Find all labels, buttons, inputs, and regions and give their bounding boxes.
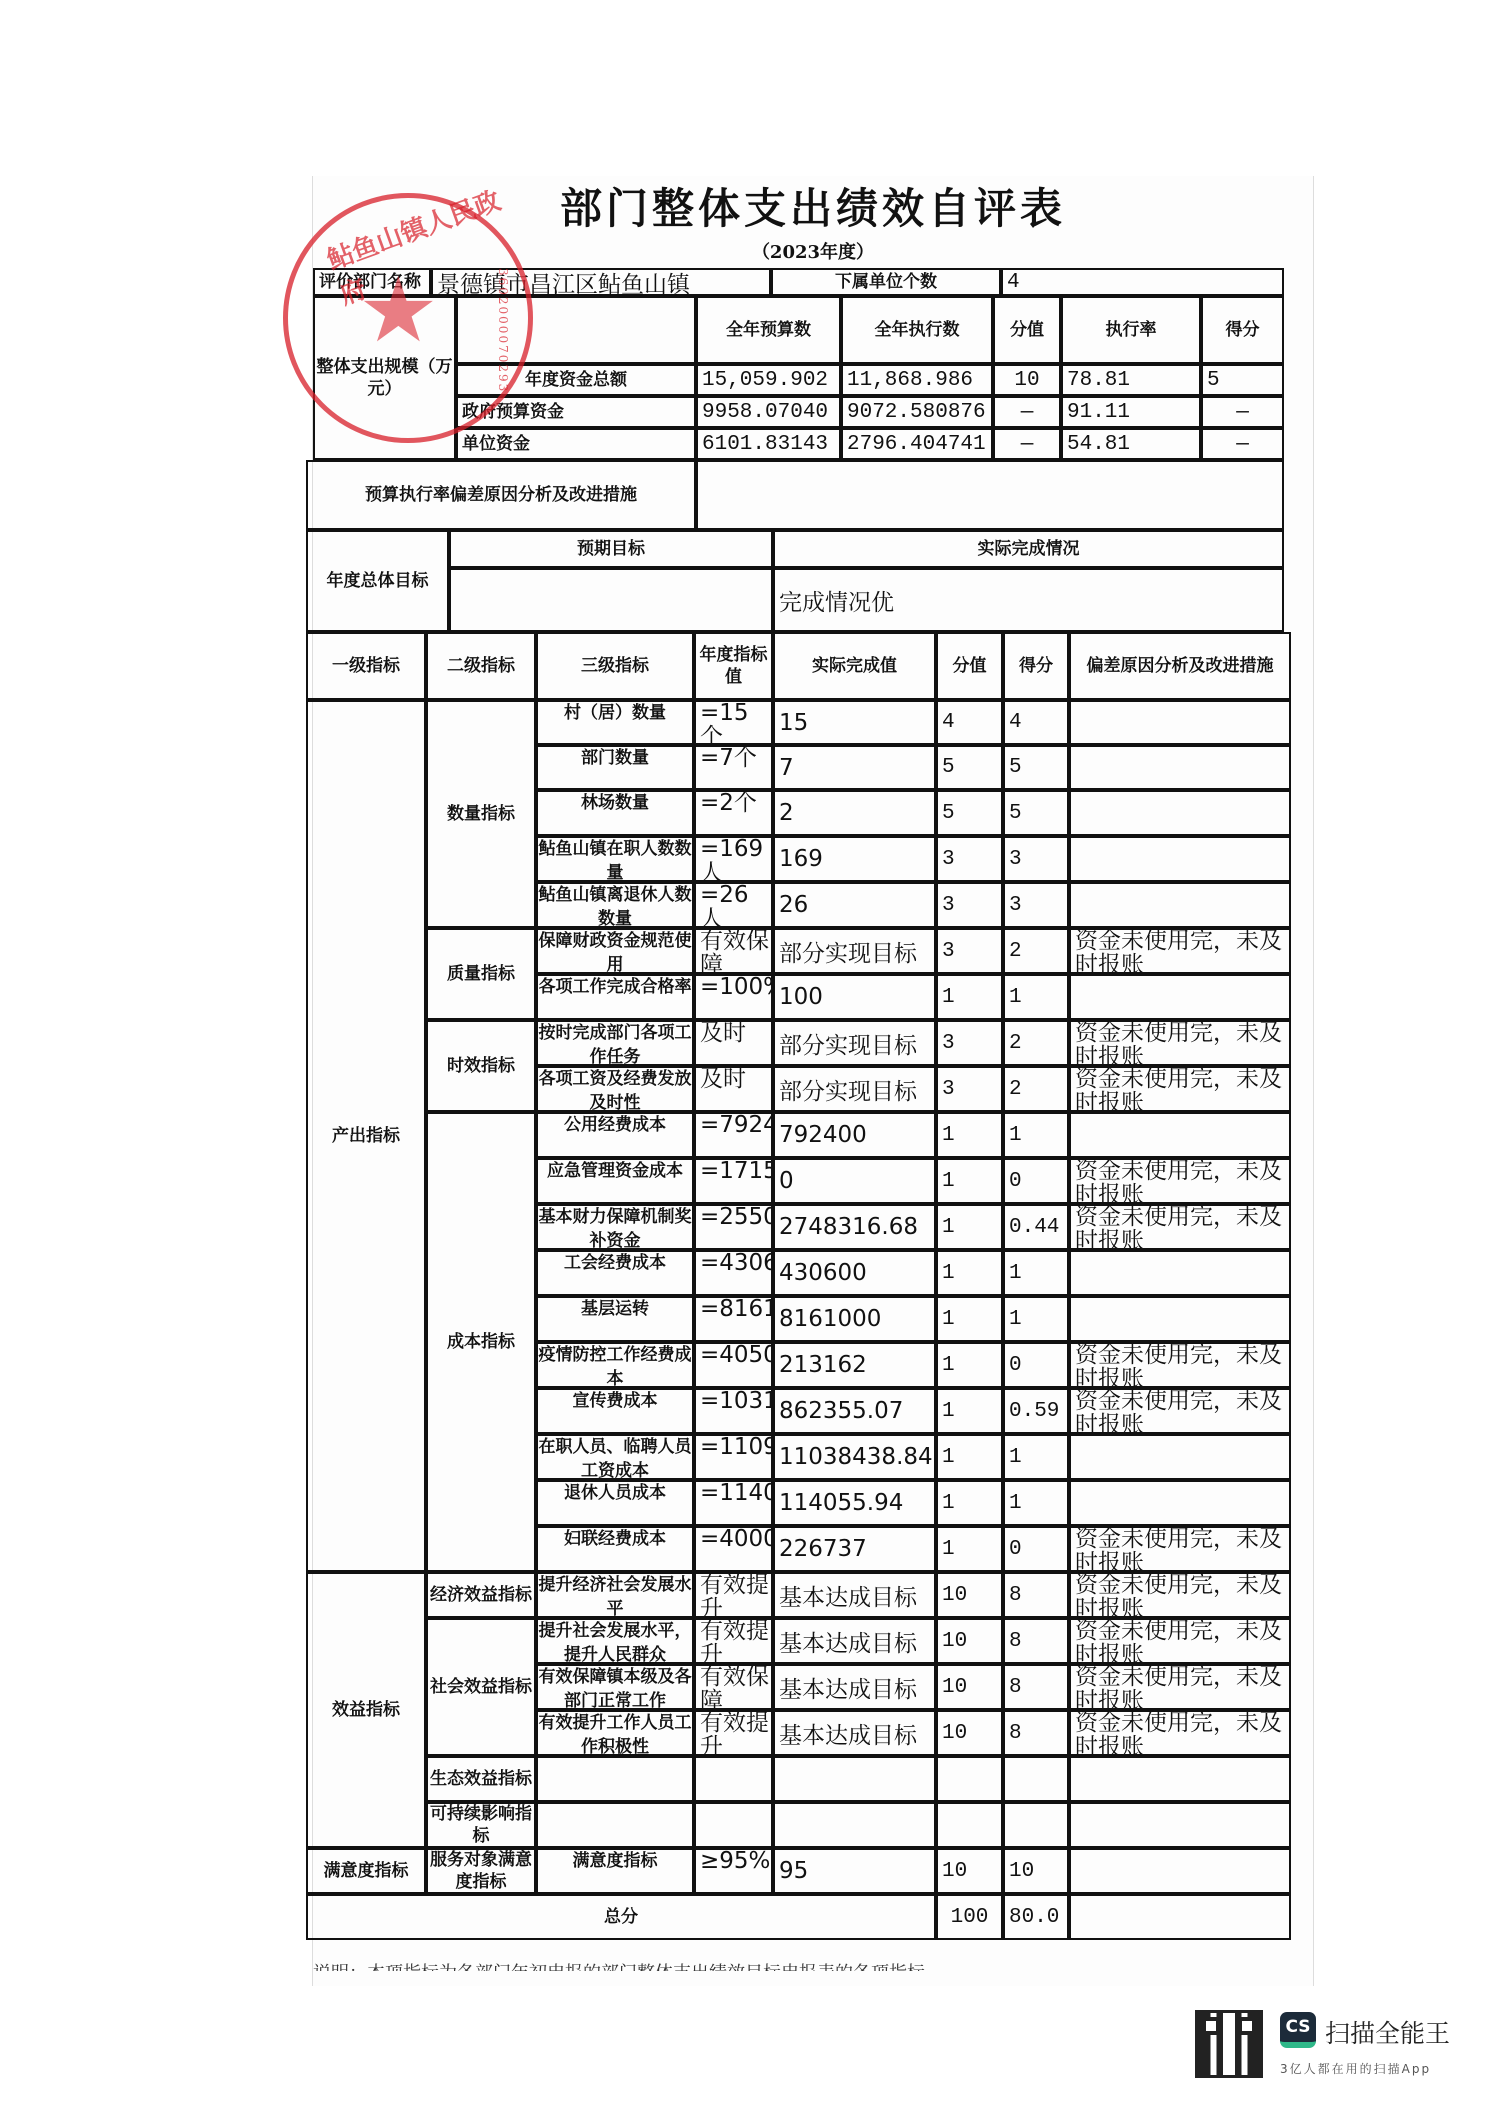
score: 0 — [1003, 1526, 1069, 1572]
weight — [936, 1756, 1003, 1802]
target-value: =17150 — [694, 1158, 773, 1204]
deviation-note — [1069, 1802, 1291, 1848]
dept-name-text: 景德镇市昌江区鲇鱼山镇 — [437, 268, 690, 296]
level3-indicator-text: 应急管理资金成本 — [547, 1159, 683, 1203]
deviation-note — [1069, 1296, 1291, 1342]
level3-indicator-text: 村（居）数量 — [564, 701, 666, 745]
actual-value: 部分实现目标 — [773, 1066, 936, 1112]
actual-value: 0 — [773, 1158, 936, 1204]
level2-indicator: 数量指标 — [426, 700, 536, 928]
level3-indicator-text: 公用经费成本 — [564, 1113, 666, 1157]
spending-col-header-text: 全年执行数 — [875, 319, 960, 341]
actual-value-text: 226737 — [779, 1536, 867, 1562]
level3-indicator: 部门数量 — [536, 745, 694, 790]
level3-indicator-text: 各项工资及经费发放及时性 — [538, 1067, 692, 1111]
deviation-note: 资金未使用完，未及时报账 — [1069, 928, 1291, 974]
expected-goal-label: 预期目标 — [449, 530, 773, 568]
actual-value: 792400 — [773, 1112, 936, 1158]
target-value-text: =2个 — [700, 791, 757, 835]
sub-units-label-text: 下属单位个数 — [835, 271, 937, 293]
level3-indicator-text: 工会经费成本 — [564, 1251, 666, 1295]
level1-indicator-text: 满意度指标 — [324, 1860, 409, 1882]
spending-executed-text: 9072.580876 — [847, 401, 986, 424]
weight: 1 — [936, 1296, 1003, 1342]
spending-rate: 91.11 — [1061, 396, 1201, 428]
actual-value-text: 基本达成目标 — [779, 1671, 917, 1704]
level1-indicator: 效益指标 — [306, 1572, 426, 1848]
actual-value: 部分实现目标 — [773, 928, 936, 974]
weight-text: 10 — [942, 1676, 967, 1699]
level3-indicator: 鲇鱼山镇离退休人数数量 — [536, 882, 694, 928]
actual-value: 430600 — [773, 1250, 936, 1296]
indicator-col-header: 二级指标 — [426, 632, 536, 700]
score — [1003, 1802, 1069, 1848]
actual-value: 基本达成目标 — [773, 1572, 936, 1618]
score-text: 1 — [1009, 1492, 1022, 1515]
weight-text: 1 — [942, 1446, 955, 1469]
weight-text: 1 — [942, 1400, 955, 1423]
target-value-text: =81610 — [700, 1297, 771, 1341]
weight: 10 — [936, 1710, 1003, 1756]
level2-indicator: 可持续影响指标 — [426, 1802, 536, 1848]
score: 0.44 — [1003, 1204, 1069, 1250]
indicator-col-header: 偏差原因分析及改进措施 — [1069, 632, 1291, 700]
spending-score-text: — — [1236, 433, 1249, 456]
score: 3 — [1003, 882, 1069, 928]
target-value-text: =169人 — [700, 837, 771, 881]
weight-text: 1 — [942, 1354, 955, 1377]
year-label: （2023年度） — [313, 238, 1313, 264]
indicator-col-header: 分值 — [936, 632, 1003, 700]
actual-value: 11038438.84 — [773, 1434, 936, 1480]
actual-value-text: 114055.94 — [779, 1490, 903, 1516]
deviation-note-text: 资金未使用完，未及时报账 — [1075, 1021, 1289, 1065]
indicator-col-header: 三级指标 — [536, 632, 694, 700]
total-score-text: 80.0 — [1009, 1906, 1059, 1929]
score-text: 2 — [1009, 1078, 1022, 1101]
deviation-note — [1069, 1848, 1291, 1894]
weight: 5 — [936, 745, 1003, 790]
level3-indicator-text: 基本财力保障机制奖补资金 — [538, 1205, 692, 1249]
level3-indicator-text: 有效提升工作人员工作积极性 — [538, 1711, 692, 1755]
target-value-text: =11405 — [700, 1481, 771, 1525]
target-value-text: 有效保障 — [700, 929, 771, 973]
spending-budget: 6101.83143 — [696, 428, 841, 460]
spending-executed-text: 2796.404741 — [847, 433, 986, 456]
target-value-text: =15个 — [700, 701, 771, 745]
spending-rate: 78.81 — [1061, 364, 1201, 396]
weight-text: 3 — [942, 1078, 955, 1101]
level3-indicator: 村（居）数量 — [536, 700, 694, 745]
deviation-note — [1069, 745, 1291, 790]
level2-indicator-text: 社会效益指标 — [430, 1676, 532, 1698]
weight-text: 5 — [942, 756, 955, 779]
deviation-note — [1069, 974, 1291, 1020]
score: 8 — [1003, 1664, 1069, 1710]
target-value — [694, 1756, 773, 1802]
score-text: 3 — [1009, 894, 1022, 917]
spending-rate-text: 78.81 — [1067, 369, 1130, 392]
actual-value: 7 — [773, 745, 936, 790]
spending-rate-text: 54.81 — [1067, 433, 1130, 456]
indicator-col-header-text: 三级指标 — [581, 655, 649, 677]
deviation-note — [1069, 836, 1291, 882]
spending-weight: — — [993, 396, 1061, 428]
spending-budget-text: 15,059.902 — [702, 369, 828, 392]
deviation-note-text: 资金未使用完，未及时报账 — [1075, 929, 1289, 973]
spending-row-name-text: 年度资金总额 — [525, 369, 627, 391]
score-text: 4 — [1009, 711, 1022, 734]
level3-indicator-text: 基层运转 — [581, 1297, 649, 1341]
level3-indicator-text: 满意度指标 — [573, 1849, 658, 1893]
actual-value: 15 — [773, 700, 936, 745]
level3-indicator-text: 林场数量 — [581, 791, 649, 835]
spending-score: — — [1201, 396, 1284, 428]
score: 0 — [1003, 1158, 1069, 1204]
score-text: 1 — [1009, 1308, 1022, 1331]
target-value: 有效提升 — [694, 1618, 773, 1664]
target-value: =40000 — [694, 1526, 773, 1572]
score: 8 — [1003, 1710, 1069, 1756]
deviation-note: 资金未使用完，未及时报账 — [1069, 1158, 1291, 1204]
deviation-note — [1069, 882, 1291, 928]
spending-weight: 10 — [993, 364, 1061, 396]
level3-indicator-text: 退休人员成本 — [564, 1481, 666, 1525]
score: 2 — [1003, 928, 1069, 974]
weight-text: 1 — [942, 1216, 955, 1239]
score: 3 — [1003, 836, 1069, 882]
level2-indicator: 质量指标 — [426, 928, 536, 1020]
weight-text: 1 — [942, 1538, 955, 1561]
level2-indicator-text: 质量指标 — [447, 963, 515, 985]
spending-col-header-text: 执行率 — [1106, 319, 1157, 341]
actual-value-text: 15 — [779, 710, 808, 736]
level3-indicator-text: 宣传费成本 — [573, 1389, 658, 1433]
weight-text: 1 — [942, 986, 955, 1009]
weight: 1 — [936, 974, 1003, 1020]
actual-value-text: 100 — [779, 984, 823, 1010]
spending-score: 5 — [1201, 364, 1284, 396]
level2-indicator: 成本指标 — [426, 1112, 536, 1572]
level3-indicator — [536, 1756, 694, 1802]
app-tagline: 3亿人都在用的扫描App — [1280, 2060, 1431, 2077]
actual-value-text: 2748316.68 — [779, 1214, 918, 1240]
deviation-note — [1069, 1756, 1291, 1802]
weight: 10 — [936, 1848, 1003, 1894]
weight: 3 — [936, 836, 1003, 882]
target-value-text: ≥95% — [700, 1849, 770, 1893]
target-value: =100% — [694, 974, 773, 1020]
level3-indicator: 按时完成部门各项工作任务 — [536, 1020, 694, 1066]
spending-row-name: 单位资金 — [456, 428, 696, 460]
target-value: =15个 — [694, 700, 773, 745]
weight: 1 — [936, 1480, 1003, 1526]
level3-indicator: 保障财政资金规范使用 — [536, 928, 694, 974]
dept-name: 景德镇市昌江区鲇鱼山镇 — [431, 268, 771, 296]
spending-col-header: 执行率 — [1061, 296, 1201, 364]
spending-label: 整体支出规模（万元） — [313, 296, 456, 460]
spending-row-name-text: 政府预算资金 — [462, 401, 564, 423]
target-value-text: 有效提升 — [700, 1711, 771, 1755]
total-note — [1069, 1894, 1291, 1940]
spending-col-header: 得分 — [1201, 296, 1284, 364]
weight — [936, 1802, 1003, 1848]
level3-indicator-text: 在职人员、临聘人员工资成本 — [538, 1435, 692, 1479]
level2-indicator: 服务对象满意度指标 — [426, 1848, 536, 1894]
qr-code-icon — [1195, 2010, 1263, 2078]
target-value: 及时 — [694, 1020, 773, 1066]
deviation-note-text: 资金未使用完，未及时报账 — [1075, 1619, 1289, 1663]
level3-indicator-text: 提升经济社会发展水平 — [538, 1573, 692, 1617]
actual-value-text: 基本达成目标 — [779, 1579, 917, 1612]
target-value-text: =25500 — [700, 1205, 771, 1249]
score: 4 — [1003, 700, 1069, 745]
weight-text: 3 — [942, 894, 955, 917]
actual-goal-value: 完成情况优 — [773, 568, 1284, 632]
spending-executed-text: 11,868.986 — [847, 369, 973, 392]
target-value: =11405 — [694, 1480, 773, 1526]
deviation-note: 资金未使用完，未及时报账 — [1069, 1204, 1291, 1250]
score: 5 — [1003, 745, 1069, 790]
actual-value: 862355.07 — [773, 1388, 936, 1434]
actual-value-text: 部分实现目标 — [779, 1073, 917, 1106]
score-text: 2 — [1009, 1032, 1022, 1055]
target-value: =10310 — [694, 1388, 773, 1434]
deviation-note — [1069, 700, 1291, 745]
level2-indicator-text: 服务对象满意度指标 — [428, 1849, 534, 1893]
deviation-note: 资金未使用完，未及时报账 — [1069, 1066, 1291, 1112]
target-value: =81610 — [694, 1296, 773, 1342]
level3-indicator-text: 提升社会发展水平，提升人民群众 — [538, 1619, 692, 1663]
level3-indicator: 有效提升工作人员工作积极性 — [536, 1710, 694, 1756]
spending-label-text: 整体支出规模（万元） — [315, 356, 454, 400]
score-text: 1 — [1009, 1124, 1022, 1147]
weight-text: 10 — [942, 1630, 967, 1653]
level2-indicator-text: 经济效益指标 — [430, 1584, 532, 1606]
weight-text: 1 — [942, 1262, 955, 1285]
actual-value: 2748316.68 — [773, 1204, 936, 1250]
deviation-note-text: 资金未使用完，未及时报账 — [1075, 1711, 1289, 1755]
total-score: 80.0 — [1003, 1894, 1069, 1940]
level1-indicator-text: 效益指标 — [332, 1699, 400, 1721]
level3-indicator: 鲇鱼山镇在职人数数量 — [536, 836, 694, 882]
level3-indicator: 林场数量 — [536, 790, 694, 836]
indicator-col-header: 实际完成值 — [773, 632, 936, 700]
actual-value-text: 11038438.84 — [779, 1444, 933, 1470]
actual-value-text: 0 — [779, 1168, 794, 1194]
spending-score-text: 5 — [1207, 369, 1220, 392]
score-text: 8 — [1009, 1630, 1022, 1653]
actual-goal-label-text: 实际完成情况 — [978, 538, 1080, 560]
level3-indicator: 基层运转 — [536, 1296, 694, 1342]
weight: 1 — [936, 1434, 1003, 1480]
level3-indicator: 各项工资及经费发放及时性 — [536, 1066, 694, 1112]
footnote: 说明：本项指标为各部门年初申报的部门整体支出绩效目标申报表的各项指标 — [313, 1959, 925, 1971]
level3-indicator: 提升社会发展水平，提升人民群众 — [536, 1618, 694, 1664]
dept-label-text: 评价部门名称 — [319, 271, 421, 293]
actual-value-text: 26 — [779, 892, 808, 918]
indicator-col-header: 得分 — [1003, 632, 1069, 700]
deviation-note — [1069, 1480, 1291, 1526]
weight: 1 — [936, 1112, 1003, 1158]
target-value-text: =40000 — [700, 1527, 771, 1571]
score-text: 0 — [1009, 1538, 1022, 1561]
actual-value: 基本达成目标 — [773, 1664, 936, 1710]
actual-value: 26 — [773, 882, 936, 928]
camscanner-logo-icon: CS — [1280, 2012, 1316, 2048]
target-value: 有效保障 — [694, 928, 773, 974]
weight: 1 — [936, 1204, 1003, 1250]
sub-units-value: 4 — [1001, 268, 1284, 296]
spending-row-name-text: 单位资金 — [462, 433, 530, 455]
level3-indicator-text: 妇联经费成本 — [564, 1527, 666, 1571]
actual-value-text: 部分实现目标 — [779, 935, 917, 968]
score-text: 0.44 — [1009, 1216, 1059, 1239]
spending-executed: 2796.404741 — [841, 428, 993, 460]
score-text: 1 — [1009, 1262, 1022, 1285]
spending-row-name: 年度资金总额 — [456, 364, 696, 396]
actual-value-text: 792400 — [779, 1122, 867, 1148]
score-text: 2 — [1009, 940, 1022, 963]
weight: 4 — [936, 700, 1003, 745]
actual-goal-label: 实际完成情况 — [773, 530, 1284, 568]
indicator-col-header-text: 年度指标值 — [696, 644, 771, 688]
score-text: 3 — [1009, 848, 1022, 871]
actual-value-text: 基本达成目标 — [779, 1625, 917, 1658]
target-value: 有效保障 — [694, 1664, 773, 1710]
score — [1003, 1756, 1069, 1802]
weight-text: 4 — [942, 711, 955, 734]
total-label-text: 总分 — [604, 1906, 638, 1928]
weight: 3 — [936, 928, 1003, 974]
scanner-watermark: CS 扫描全能王 3亿人都在用的扫描App — [1195, 2010, 1485, 2090]
level2-indicator: 生态效益指标 — [426, 1756, 536, 1802]
target-value-text: 有效提升 — [700, 1573, 771, 1617]
level2-indicator-text: 时效指标 — [447, 1055, 515, 1077]
level3-indicator: 基本财力保障机制奖补资金 — [536, 1204, 694, 1250]
score: 0.59 — [1003, 1388, 1069, 1434]
score: 2 — [1003, 1066, 1069, 1112]
target-value: =79240 — [694, 1112, 773, 1158]
level3-indicator: 各项工作完成合格率 — [536, 974, 694, 1020]
score-text: 8 — [1009, 1584, 1022, 1607]
score-text: 1 — [1009, 986, 1022, 1009]
page-title: 部门整体支出绩效自评表 — [313, 176, 1313, 236]
level1-indicator-text: 产出指标 — [332, 1125, 400, 1147]
weight-text: 1 — [942, 1492, 955, 1515]
deviation-note-text: 资金未使用完，未及时报账 — [1075, 1527, 1289, 1571]
level3-indicator: 应急管理资金成本 — [536, 1158, 694, 1204]
level1-indicator: 满意度指标 — [306, 1848, 426, 1894]
weight-text: 3 — [942, 848, 955, 871]
level3-indicator: 提升经济社会发展水平 — [536, 1572, 694, 1618]
target-value: =43060 — [694, 1250, 773, 1296]
weight-text: 1 — [942, 1124, 955, 1147]
level3-indicator-text: 鲇鱼山镇在职人数数量 — [538, 837, 692, 881]
weight: 3 — [936, 1020, 1003, 1066]
target-value: =2个 — [694, 790, 773, 836]
score-text: 0.59 — [1009, 1400, 1059, 1423]
weight-text: 10 — [942, 1860, 967, 1883]
target-value-text: =10310 — [700, 1389, 771, 1433]
indicator-col-header-text: 二级指标 — [447, 655, 515, 677]
indicator-col-header-text: 偏差原因分析及改进措施 — [1087, 655, 1274, 677]
actual-value-text: 169 — [779, 846, 823, 872]
deviation-note: 资金未使用完，未及时报账 — [1069, 1020, 1291, 1066]
score: 1 — [1003, 1112, 1069, 1158]
deviation-note-text: 资金未使用完，未及时报账 — [1075, 1205, 1289, 1249]
level3-indicator-text: 各项工作完成合格率 — [539, 975, 692, 1019]
weight-text: 10 — [942, 1584, 967, 1607]
total-weight: 100 — [936, 1894, 1003, 1940]
score: 1 — [1003, 1296, 1069, 1342]
actual-value: 100 — [773, 974, 936, 1020]
level2-indicator-text: 成本指标 — [447, 1331, 515, 1353]
indicator-col-header-text: 实际完成值 — [812, 655, 897, 677]
score: 1 — [1003, 1434, 1069, 1480]
annual-goal-label: 年度总体目标 — [306, 530, 449, 632]
score-text: 1 — [1009, 1446, 1022, 1469]
score-text: 0 — [1009, 1354, 1022, 1377]
spending-budget-text: 6101.83143 — [702, 433, 828, 456]
weight: 1 — [936, 1250, 1003, 1296]
level3-indicator: 满意度指标 — [536, 1848, 694, 1894]
level3-indicator — [536, 1802, 694, 1848]
spending-weight-text: — — [1021, 433, 1034, 456]
level1-indicator: 产出指标 — [306, 700, 426, 1572]
actual-value-text: 862355.07 — [779, 1398, 903, 1424]
target-value: 有效提升 — [694, 1572, 773, 1618]
actual-value: 基本达成目标 — [773, 1618, 936, 1664]
total-label: 总分 — [306, 1894, 936, 1940]
sub-units-label: 下属单位个数 — [771, 268, 1001, 296]
actual-value: 226737 — [773, 1526, 936, 1572]
level3-indicator: 退休人员成本 — [536, 1480, 694, 1526]
actual-value-text: 8161000 — [779, 1306, 881, 1332]
level2-indicator-text: 生态效益指标 — [430, 1768, 532, 1790]
level3-indicator-text: 疫情防控工作经费成本 — [538, 1343, 692, 1387]
deviation-label-text: 预算执行率偏差原因分析及改进措施 — [365, 484, 637, 506]
deviation-note: 资金未使用完，未及时报账 — [1069, 1710, 1291, 1756]
level3-indicator-text: 保障财政资金规范使用 — [538, 929, 692, 973]
actual-value-text: 部分实现目标 — [779, 1027, 917, 1060]
deviation-note: 资金未使用完，未及时报账 — [1069, 1618, 1291, 1664]
level3-indicator-text: 部门数量 — [581, 746, 649, 790]
weight: 1 — [936, 1388, 1003, 1434]
level2-indicator: 时效指标 — [426, 1020, 536, 1112]
expected-goal-value — [449, 568, 773, 632]
indicator-col-header-text: 得分 — [1019, 655, 1053, 677]
target-value: =25500 — [694, 1204, 773, 1250]
spending-col-header: 分值 — [993, 296, 1061, 364]
deviation-note-text: 资金未使用完，未及时报账 — [1075, 1343, 1289, 1387]
deviation-note: 资金未使用完，未及时报账 — [1069, 1664, 1291, 1710]
score-text: 0 — [1009, 1170, 1022, 1193]
target-value: =7个 — [694, 745, 773, 790]
deviation-note: 资金未使用完，未及时报账 — [1069, 1388, 1291, 1434]
target-value-text: =11090 — [700, 1435, 771, 1479]
spending-executed: 11,868.986 — [841, 364, 993, 396]
deviation-note — [1069, 1112, 1291, 1158]
indicator-col-header-text: 分值 — [953, 655, 987, 677]
level3-indicator: 公用经费成本 — [536, 1112, 694, 1158]
target-value: =169人 — [694, 836, 773, 882]
score: 1 — [1003, 974, 1069, 1020]
deviation-note: 资金未使用完，未及时报账 — [1069, 1526, 1291, 1572]
spending-score: — — [1201, 428, 1284, 460]
level3-indicator: 宣传费成本 — [536, 1388, 694, 1434]
score-text: 5 — [1009, 756, 1022, 779]
